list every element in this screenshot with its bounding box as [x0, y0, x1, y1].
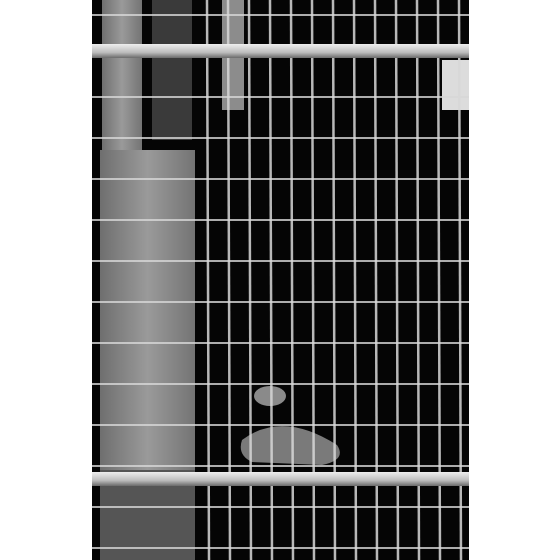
upper-pillar [102, 0, 142, 150]
photograph [92, 0, 469, 560]
lower-rail [92, 472, 469, 486]
concrete-pillar [100, 150, 195, 470]
fence-scene [92, 0, 469, 560]
upper-rail [92, 44, 469, 58]
